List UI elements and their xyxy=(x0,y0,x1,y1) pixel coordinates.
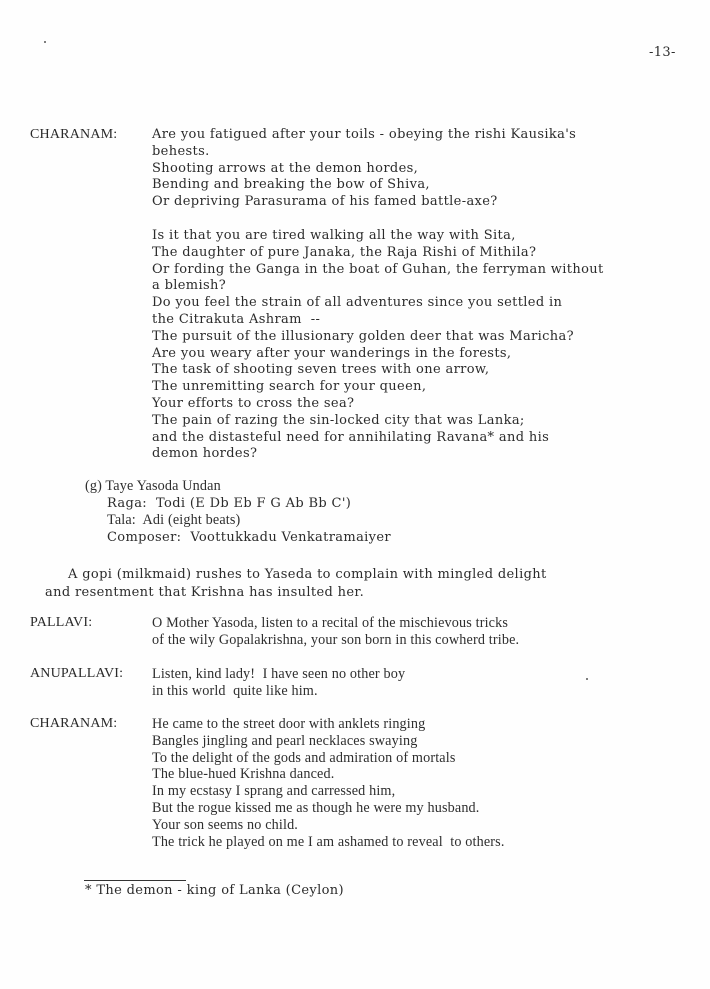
anupallavi-lines: Listen, kind lady! I have seen no other … xyxy=(152,666,405,700)
charanam-label-1: CHARANAM: xyxy=(30,127,117,143)
verse-line: Your efforts to cross the sea? xyxy=(152,396,604,413)
verse-line: Are you fatigued after your toils - obey… xyxy=(152,127,576,144)
verse-line: Listen, kind lady! I have seen no other … xyxy=(152,666,405,683)
verse-line: The pain of razing the sin-locked city t… xyxy=(152,413,604,430)
intro-line: A gopi (milkmaid) rushes to Yaseda to co… xyxy=(45,566,547,584)
verse-line: the Citrakuta Ashram -- xyxy=(152,312,604,329)
scan-speck xyxy=(586,678,588,680)
verse-line: In my ecstasy I sprang and carressed him… xyxy=(152,783,505,800)
scan-speck xyxy=(44,41,46,43)
song-composer: Composer: Voottukkadu Venkatramaiyer xyxy=(85,529,391,546)
verse-line: Do you feel the strain of all adventures… xyxy=(152,295,604,312)
verse-line: and the distasteful need for annihilatin… xyxy=(152,430,604,447)
verse-line: The daughter of pure Janaka, the Raja Ri… xyxy=(152,245,604,262)
footnote: * The demon - king of Lanka (Ceylon) xyxy=(85,883,344,898)
verse-line: demon hordes? xyxy=(152,446,604,463)
verse-line: Or depriving Parasurama of his famed bat… xyxy=(152,194,576,211)
document-page: -13- CHARANAM: Are you fatigued after yo… xyxy=(0,0,710,989)
pallavi-lines: O Mother Yasoda, listen to a recital of … xyxy=(152,615,519,649)
verse-line: O Mother Yasoda, listen to a recital of … xyxy=(152,615,519,632)
charanam-1-stanza-1: Are you fatigued after your toils - obey… xyxy=(152,127,576,211)
page-number: -13- xyxy=(649,45,676,60)
intro-paragraph: A gopi (milkmaid) rushes to Yaseda to co… xyxy=(45,566,547,601)
verse-line: Bangles jingling and pearl necklaces swa… xyxy=(152,733,505,750)
verse-line: He came to the street door with anklets … xyxy=(152,716,505,733)
verse-line: But the rogue kissed me as though he wer… xyxy=(152,800,505,817)
verse-line: The task of shooting seven trees with on… xyxy=(152,362,604,379)
verse-line: Or fording the Ganga in the boat of Guha… xyxy=(152,262,604,279)
verse-line: Is it that you are tired walking all the… xyxy=(152,228,604,245)
song-tala: Tala: Adi (eight beats) xyxy=(85,512,391,529)
song-heading-block: (g) Taye Yasoda Undan Raga: Todi (E Db E… xyxy=(85,478,391,546)
charanam-1-stanza-2: Is it that you are tired walking all the… xyxy=(152,228,604,463)
verse-line: in this world quite like him. xyxy=(152,683,405,700)
verse-line: Are you weary after your wanderings in t… xyxy=(152,346,604,363)
verse-line: Your son seems no child. xyxy=(152,817,505,834)
pallavi-label: PALLAVI: xyxy=(30,615,92,631)
charanam-2-lines: He came to the street door with anklets … xyxy=(152,716,505,850)
verse-line: of the wily Gopalakrishna, your son born… xyxy=(152,632,519,649)
verse-line: The blue-hued Krishna danced. xyxy=(152,766,505,783)
song-title: (g) Taye Yasoda Undan xyxy=(85,478,391,495)
anupallavi-label: ANUPALLAVI: xyxy=(30,666,123,682)
intro-line: and resentment that Krishna has insulted… xyxy=(45,584,547,602)
verse-line: The unremitting search for your queen, xyxy=(152,379,604,396)
verse-line: behests. xyxy=(152,144,576,161)
verse-line: The pursuit of the illusionary golden de… xyxy=(152,329,604,346)
verse-line: Shooting arrows at the demon hordes, xyxy=(152,161,576,178)
verse-line: To the delight of the gods and admiratio… xyxy=(152,750,505,767)
song-raga: Raga: Todi (E Db Eb F G Ab Bb C') xyxy=(85,495,391,512)
verse-line: The trick he played on me I am ashamed t… xyxy=(152,834,505,851)
footnote-rule xyxy=(84,880,186,881)
verse-line: a blemish? xyxy=(152,278,604,295)
charanam-label-2: CHARANAM: xyxy=(30,716,117,732)
verse-line: Bending and breaking the bow of Shiva, xyxy=(152,177,576,194)
